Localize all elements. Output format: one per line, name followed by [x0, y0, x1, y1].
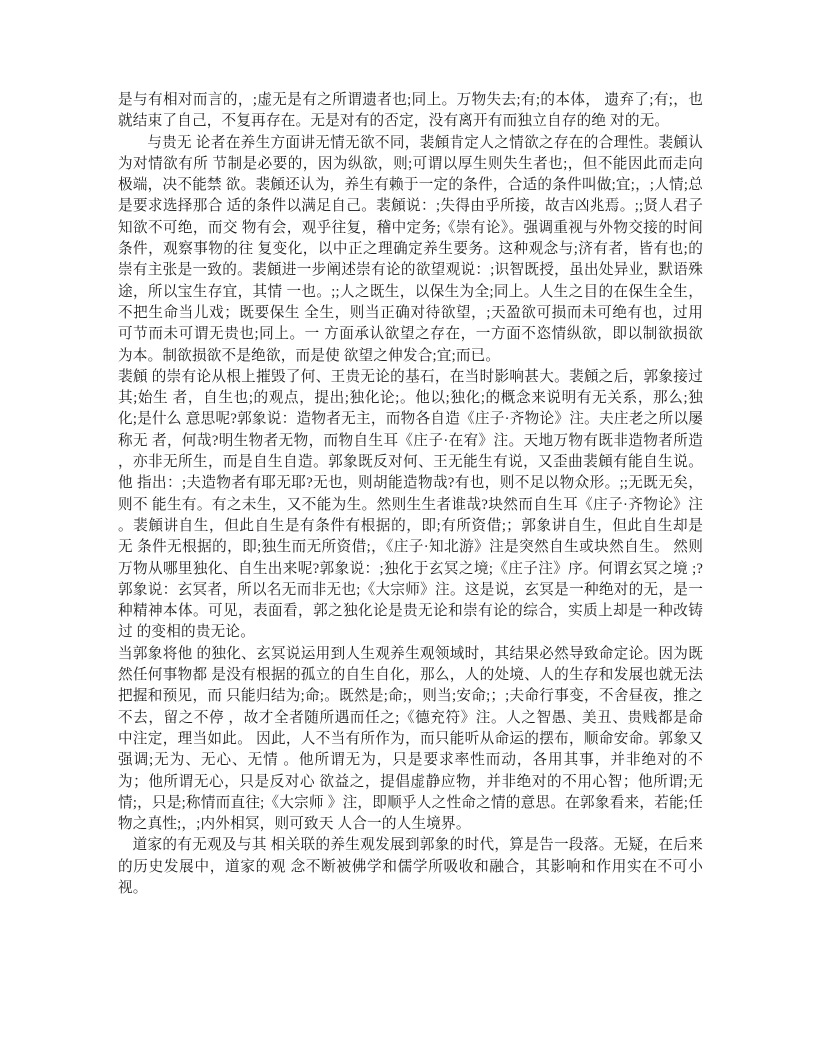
paragraph-1: 是与有相对而言的，;虚无是有之所谓遗者也;同上。万物失去;有;的本体， 遗弃了;…: [118, 90, 703, 133]
document-text-block: 是与有相对而言的，;虚无是有之所谓遗者也;同上。万物失去;有;的本体， 遗弃了;…: [118, 90, 703, 899]
paragraph-4: 当郭象将他 的独化、玄冥说运用到人生观养生观领域时，其结果必然导致命定论。因为既…: [118, 644, 703, 836]
document-page: 是与有相对而言的，;虚无是有之所谓遗者也;同上。万物失去;有;的本体， 遗弃了;…: [0, 0, 816, 1056]
paragraph-3: 裴頠 的崇有论从根上摧毁了何、王贵无论的基石，在当时影响甚大。裴頠之后，郭象接过…: [118, 367, 703, 644]
paragraph-2: 与贵无 论者在养生方面讲无情无欲不同，裴頠肯定人之情欲之存在的合理性。裴頠认为对…: [118, 133, 703, 367]
paragraph-5: 道家的有无观及与其 相关联的养生观发展到郭象的时代，算是告一段落。无疑，在后来的…: [118, 835, 703, 899]
